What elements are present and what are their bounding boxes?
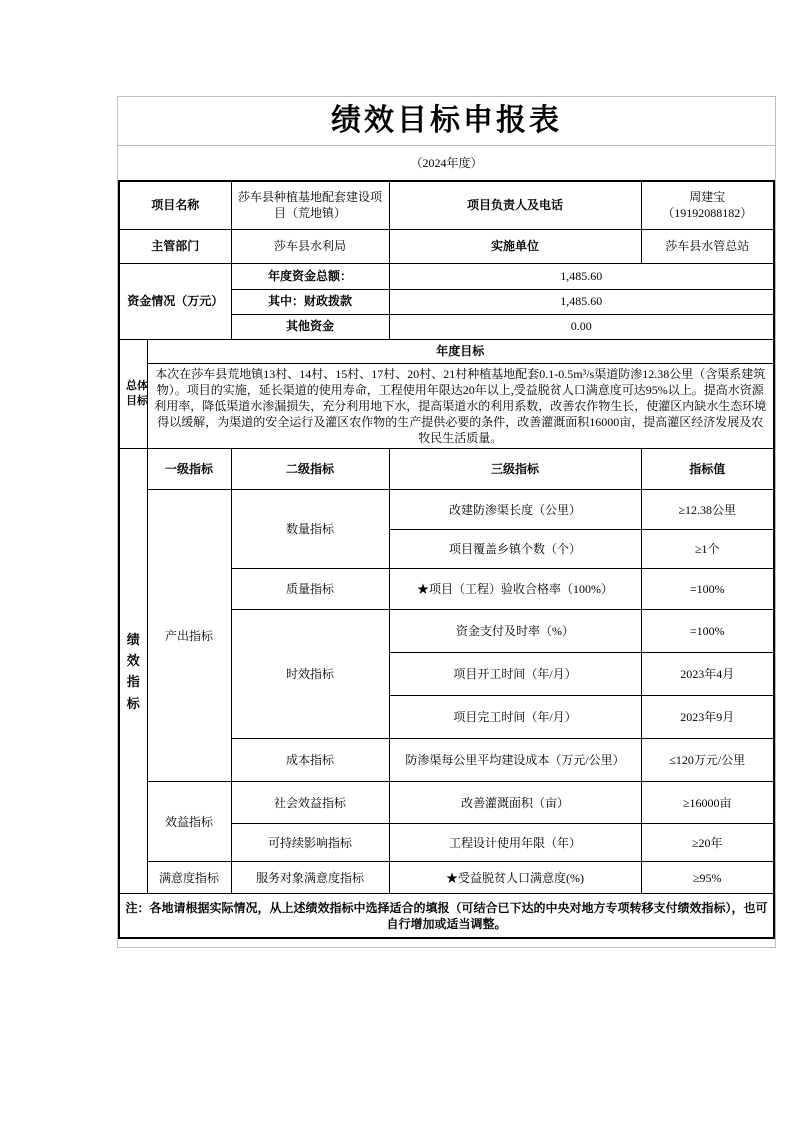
indicator-name: ★项目（工程）验收合格率（100%） (389, 569, 641, 610)
dept-value: 莎车县水利局 (231, 229, 389, 263)
level2-quality: 质量指标 (231, 569, 389, 610)
indicator-value: ≤120万元/公里 (641, 739, 774, 782)
table-row: 项目名称 莎车县种植基地配套建设项目（荒地镇） 项目负责人及电话 周建宝 （19… (119, 181, 774, 229)
funding-other-label: 其他资金 (231, 314, 389, 339)
impl-value: 莎车县水管总站 (641, 229, 774, 263)
table-row: 满意度指标 服务对象满意度指标 ★受益脱贫人口满意度(%) ≥95% (119, 862, 774, 894)
page-subtitle: （2024年度） (118, 146, 775, 180)
indicator-value: 2023年4月 (641, 653, 774, 696)
table-row: 绩效指标 一级指标 二级指标 三级指标 指标值 (119, 449, 774, 490)
annual-goal-text: 本次在莎车县荒地镇13村、14村、15村、17村、20村、21村种植基地配套0.… (147, 363, 774, 449)
level2-sustain: 可持续影响指标 (231, 824, 389, 862)
indicator-name: 改建防渗渠长度（公里） (389, 490, 641, 530)
manager-value: 周建宝 （19192088182） (641, 181, 774, 229)
table-row: 效益指标 社会效益指标 改善灌溉面积（亩） ≥16000亩 (119, 782, 774, 824)
table-row: 资金情况（万元） 年度资金总额： 1,485.60 (119, 263, 774, 289)
annual-goal-header: 年度目标 (147, 339, 774, 363)
col-header-value: 指标值 (641, 449, 774, 490)
page: { "title": "绩效目标申报表", "subtitle": "（2024… (0, 0, 793, 1122)
indicator-value: ≥16000亩 (641, 782, 774, 824)
indicators-label: 绩效指标 (119, 449, 147, 894)
indicator-value: ≥95% (641, 862, 774, 894)
level2-timeliness: 时效指标 (231, 610, 389, 739)
table-row: 注：各地请根据实际情况，从上述绩效指标中选择适合的填报（可结合已下达的中央对地方… (119, 894, 774, 938)
table-row: 本次在莎车县荒地镇13村、14村、15村、17村、20村、21村种植基地配套0.… (119, 363, 774, 449)
indicator-name: 防渗渠每公里平均建设成本（万元/公里） (389, 739, 641, 782)
project-name-label: 项目名称 (119, 181, 231, 229)
level1-output: 产出指标 (147, 490, 231, 782)
level2-cost: 成本指标 (231, 739, 389, 782)
footnote: 注：各地请根据实际情况，从上述绩效指标中选择适合的填报（可结合已下达的中央对地方… (119, 894, 774, 938)
funding-other-value: 0.00 (389, 314, 774, 339)
manager-label: 项目负责人及电话 (389, 181, 641, 229)
overall-goal-label: 总体目标 (119, 339, 147, 449)
performance-target-table: 项目名称 莎车县种植基地配套建设项目（荒地镇） 项目负责人及电话 周建宝 （19… (118, 180, 775, 939)
level1-satisfaction: 满意度指标 (147, 862, 231, 894)
funding-fiscal-label: 其中：财政拨款 (231, 289, 389, 314)
level2-quantity: 数量指标 (231, 490, 389, 569)
funding-fiscal-value: 1,485.60 (389, 289, 774, 314)
page-title: 绩效目标申报表 (118, 97, 775, 146)
funding-total-value: 1,485.60 (389, 263, 774, 289)
col-header-level3: 三级指标 (389, 449, 641, 490)
funding-total-label: 年度资金总额： (231, 263, 389, 289)
indicator-name: 项目开工时间（年/月） (389, 653, 641, 696)
impl-label: 实施单位 (389, 229, 641, 263)
table-row: 总体目标 年度目标 (119, 339, 774, 363)
form-sheet: 绩效目标申报表 （2024年度） 项目名称 莎车县种植基地配套建设项目（荒地镇）… (117, 96, 776, 948)
indicator-value: 2023年9月 (641, 696, 774, 739)
indicator-value: ≥20年 (641, 824, 774, 862)
indicator-name: 工程设计使用年限（年） (389, 824, 641, 862)
indicator-value: =100% (641, 569, 774, 610)
manager-phone: （19192088182） (647, 205, 769, 221)
indicator-name: 项目完工时间（年/月） (389, 696, 641, 739)
indicator-name: 改善灌溉面积（亩） (389, 782, 641, 824)
level2-service: 服务对象满意度指标 (231, 862, 389, 894)
col-header-level2: 二级指标 (231, 449, 389, 490)
table-row: 主管部门 莎车县水利局 实施单位 莎车县水管总站 (119, 229, 774, 263)
table-row: 产出指标 数量指标 改建防渗渠长度（公里） ≥12.38公里 (119, 490, 774, 530)
indicator-name: 项目覆盖乡镇个数（个） (389, 530, 641, 569)
indicator-value: ≥12.38公里 (641, 490, 774, 530)
indicator-name: 资金支付及时率（%） (389, 610, 641, 653)
indicator-value: ≥1个 (641, 530, 774, 569)
col-header-level1: 一级指标 (147, 449, 231, 490)
dept-label: 主管部门 (119, 229, 231, 263)
level2-social: 社会效益指标 (231, 782, 389, 824)
project-name-value: 莎车县种植基地配套建设项目（荒地镇） (231, 181, 389, 229)
indicator-value: =100% (641, 610, 774, 653)
manager-name: 周建宝 (647, 189, 769, 205)
indicator-name: ★受益脱贫人口满意度(%) (389, 862, 641, 894)
level1-benefit: 效益指标 (147, 782, 231, 862)
funding-label: 资金情况（万元） (119, 263, 231, 339)
